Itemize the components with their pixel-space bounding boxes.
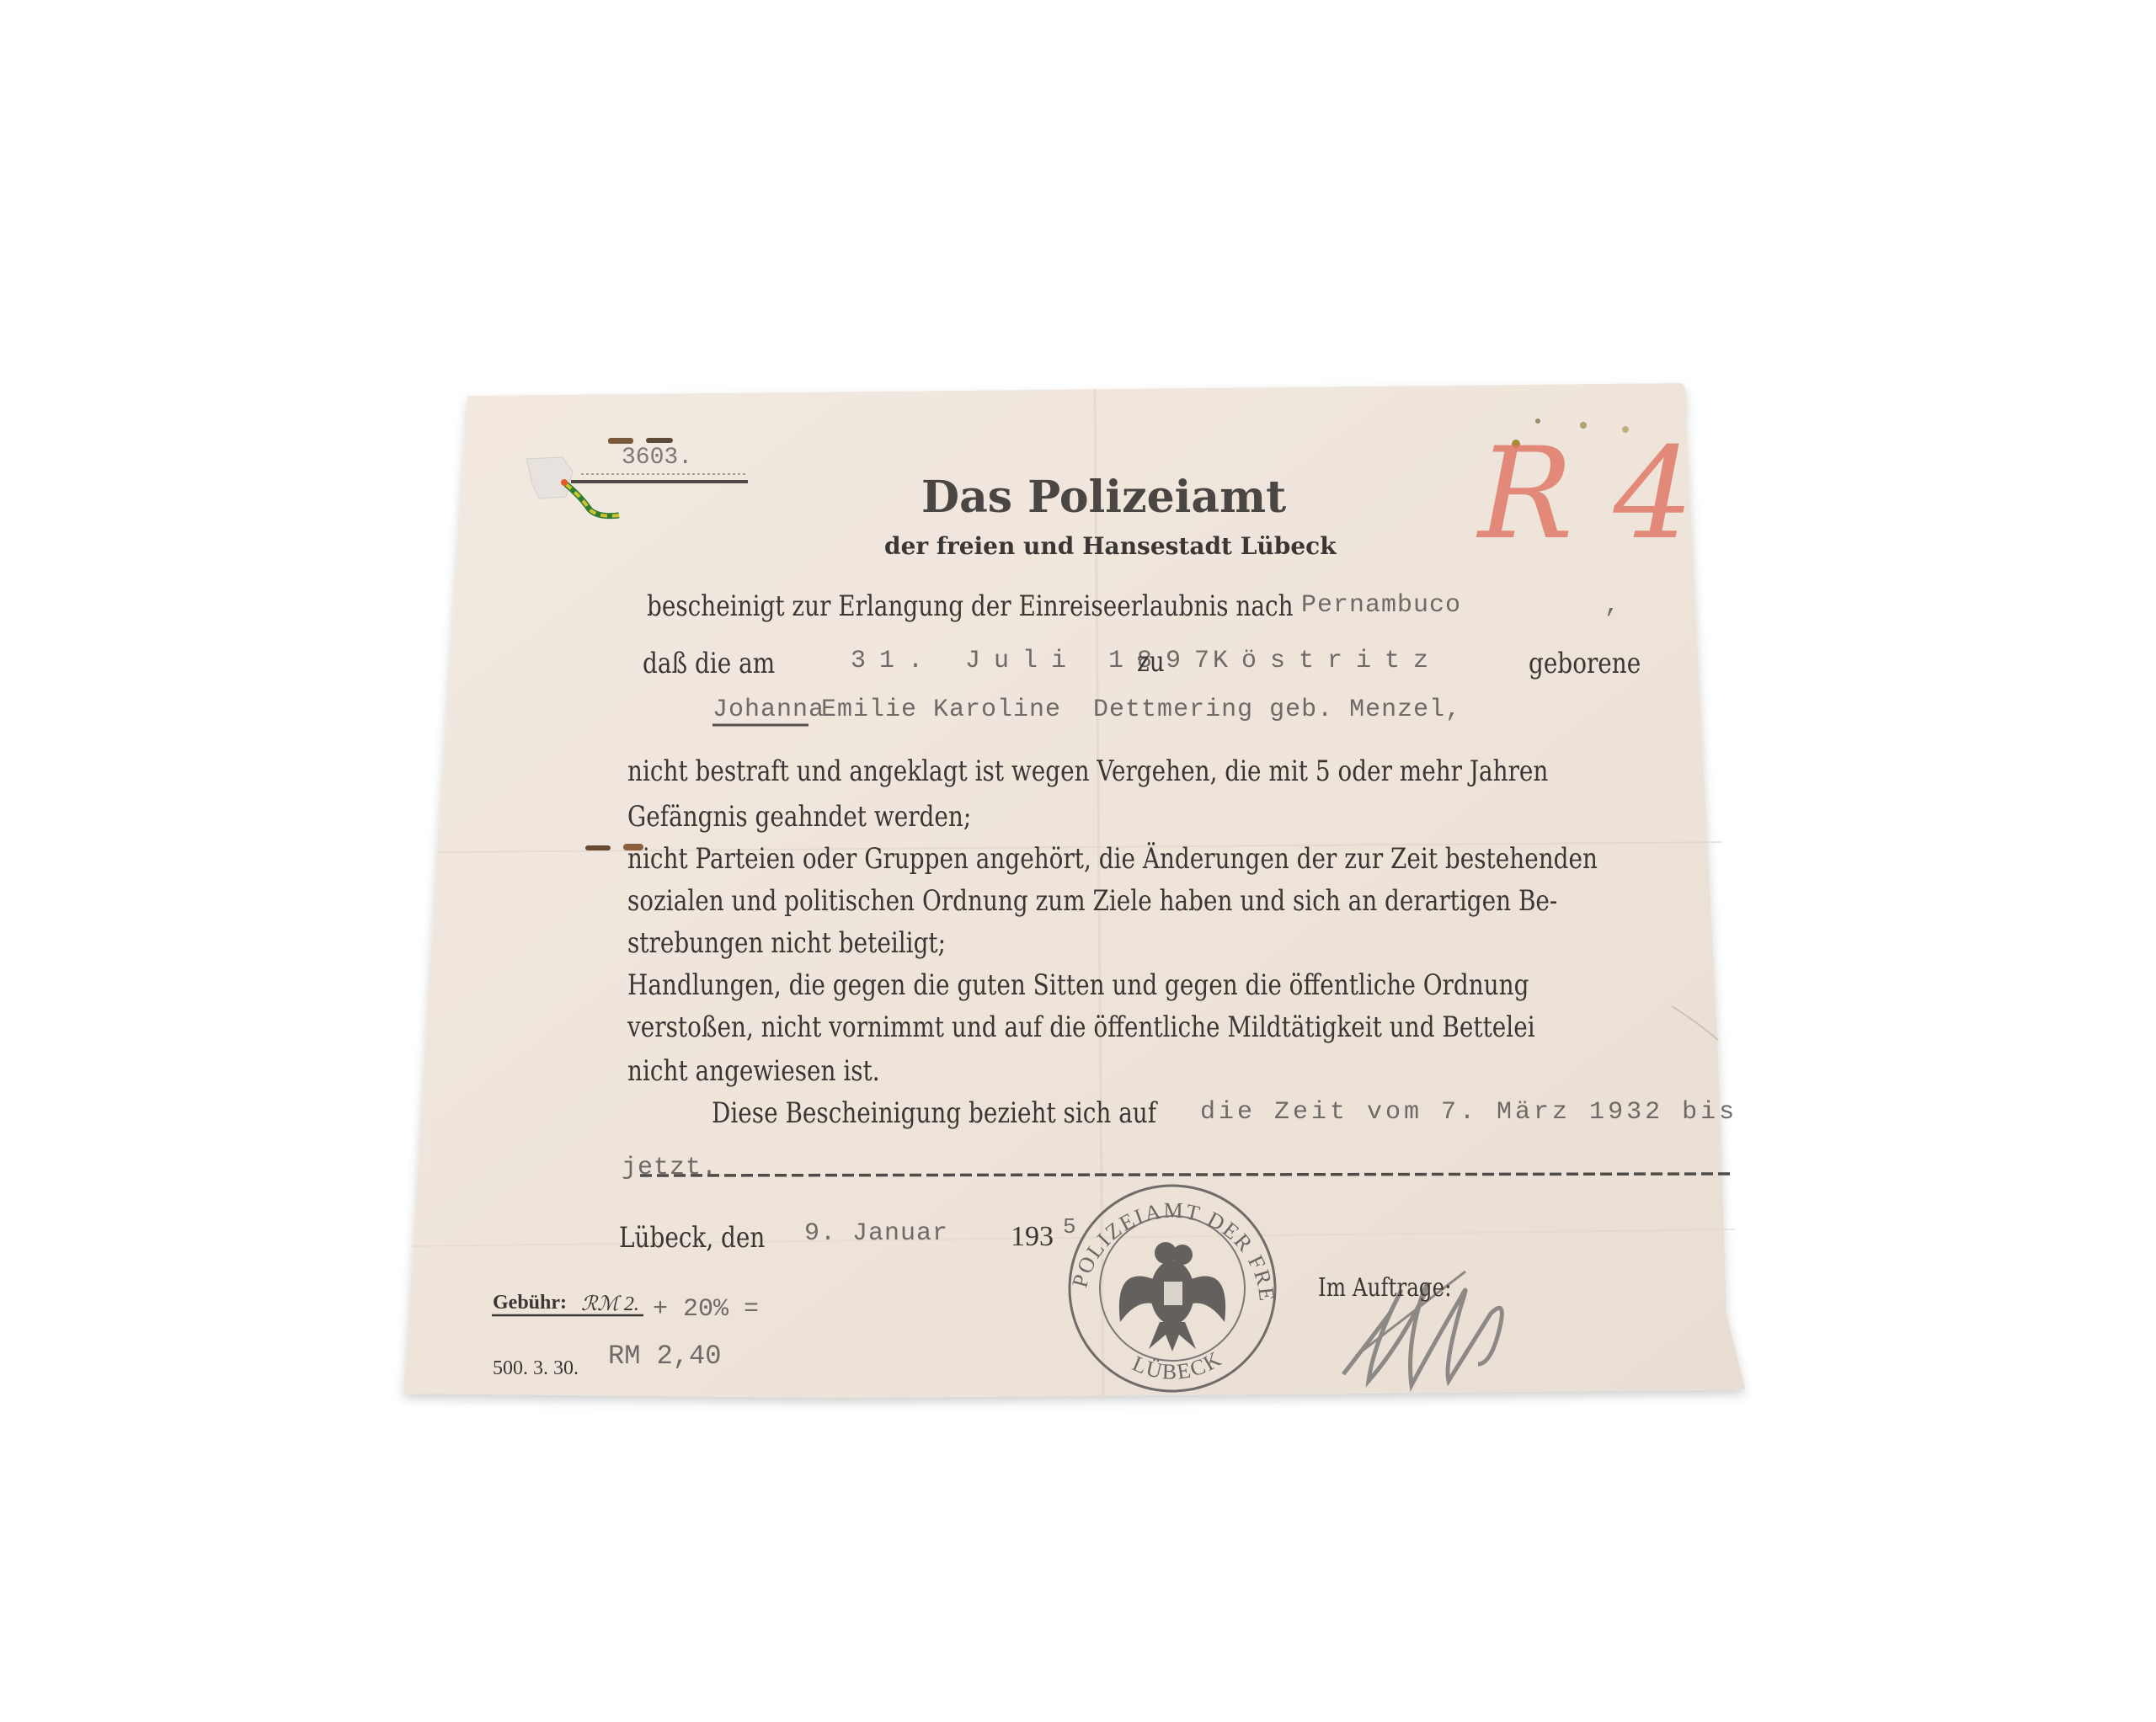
first-name-field: Johanna xyxy=(712,696,825,724)
document-title: Das Polizeiamt xyxy=(921,472,1286,523)
birth-date-field: 31. Juli 1897 xyxy=(851,647,1223,675)
printed-text: geborene xyxy=(1529,647,1641,680)
document-subtitle: der freien und Hansestadt Lübeck xyxy=(884,532,1337,560)
destination-field: Pernambuco xyxy=(1301,591,1461,620)
document-photo: POLIZEIAMT DER FREIEN UND HANSESTADT LÜB… xyxy=(0,0,2156,1722)
printed-text: bescheinigt zur Erlangung der Einreiseer… xyxy=(647,589,1294,623)
clause-3-line-2: verstoßen, nicht vornimmt und auf die öf… xyxy=(627,1010,1535,1044)
reference-number: 3603. xyxy=(622,445,692,471)
clause-1-line-2: Gefängnis geahndet werden; xyxy=(627,800,971,834)
printed-text: Diese Bescheinigung bezieht sich auf xyxy=(712,1096,1156,1130)
comma: , xyxy=(1604,591,1620,620)
red-handwritten-mark: R 4 xyxy=(1478,421,1694,568)
date-field: 9. Januar xyxy=(804,1219,948,1248)
clause-2-line-2: sozialen und politischen Ordnung zum Zie… xyxy=(627,884,1557,918)
clause-2-line-1: nicht Parteien oder Gruppen angehört, di… xyxy=(627,842,1598,876)
fee-label: Gebühr: xyxy=(493,1292,567,1314)
clause-2-line-3: strebungen nicht beteiligt; xyxy=(627,926,946,960)
form-code: 500. 3. 30. xyxy=(493,1357,579,1380)
staple-mark xyxy=(608,438,633,444)
clause-3-line-3: nicht angewiesen ist. xyxy=(627,1054,880,1088)
printed-text: zu xyxy=(1137,645,1165,679)
birth-place-field: Köstritz xyxy=(1213,647,1442,675)
fee-base: ℛℳ 2. xyxy=(581,1292,639,1316)
year-prefix: 193 xyxy=(1011,1221,1054,1253)
place-label: Lübeck, den xyxy=(619,1221,765,1255)
clause-3-line-1: Handlungen, die gegen die guten Sitten u… xyxy=(627,968,1529,1002)
fee-total: RM 2,40 xyxy=(608,1341,721,1372)
printed-text: daß die am xyxy=(643,647,775,680)
period-end-field: jetzt. xyxy=(622,1154,718,1182)
fee-surcharge: + 20% = xyxy=(653,1295,759,1324)
full-name-field: Emilie Karoline Dettmering geb. Menzel, xyxy=(821,696,1461,724)
clause-1-line-1: nicht bestraft und angeklagt ist wegen V… xyxy=(627,754,1548,788)
year-suffix-field: 5 xyxy=(1063,1214,1076,1240)
period-field: die Zeit vom 7. März 1932 bis xyxy=(1200,1098,1737,1127)
signature-label: Im Auftrage: xyxy=(1318,1273,1451,1303)
